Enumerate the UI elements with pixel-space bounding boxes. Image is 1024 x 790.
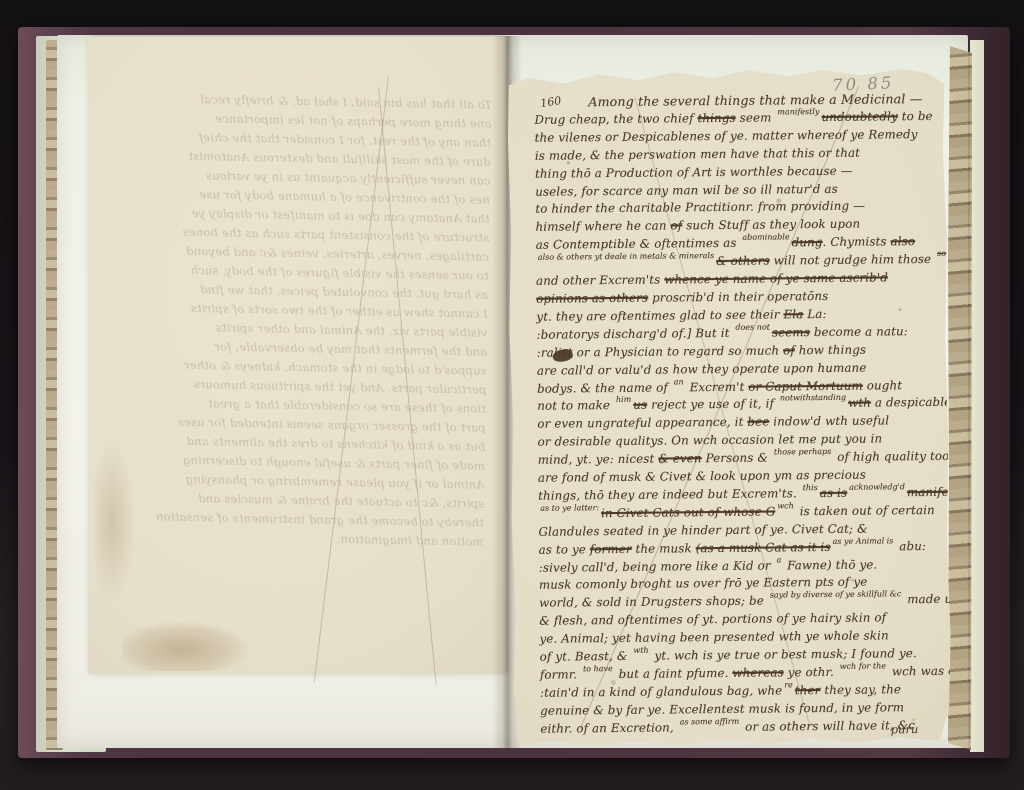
right-page: 70 85 160 Among the several things that …	[506, 68, 952, 748]
stain	[122, 617, 272, 671]
right-page-text: Among the several things that make a Med…	[534, 90, 938, 738]
catchword: puru	[891, 722, 919, 736]
left-page-showthrough: To all that has bin said, I shal ad, & b…	[91, 88, 492, 551]
manuscript-photo: To all that has bin said, I shal ad, & b…	[0, 0, 1024, 790]
fore-edge-strip	[970, 40, 984, 752]
page-edge-stack-right	[948, 46, 972, 750]
manuscript-line: as to ye latter:in Civet Cats out of who…	[538, 502, 936, 524]
manuscript-line: eithr. of an Excretion, as some affirm o…	[540, 717, 938, 739]
manuscript-line: the vilenes or Despicablenes of ye. matt…	[535, 126, 933, 148]
left-page: To all that has bin said, I shal ad, & b…	[88, 37, 506, 673]
manuscript-line: :boratorys discharg'd of.] But it does n…	[536, 323, 934, 345]
manuscript-line: and other Excrem'ts whence ye name of ye…	[536, 269, 934, 291]
